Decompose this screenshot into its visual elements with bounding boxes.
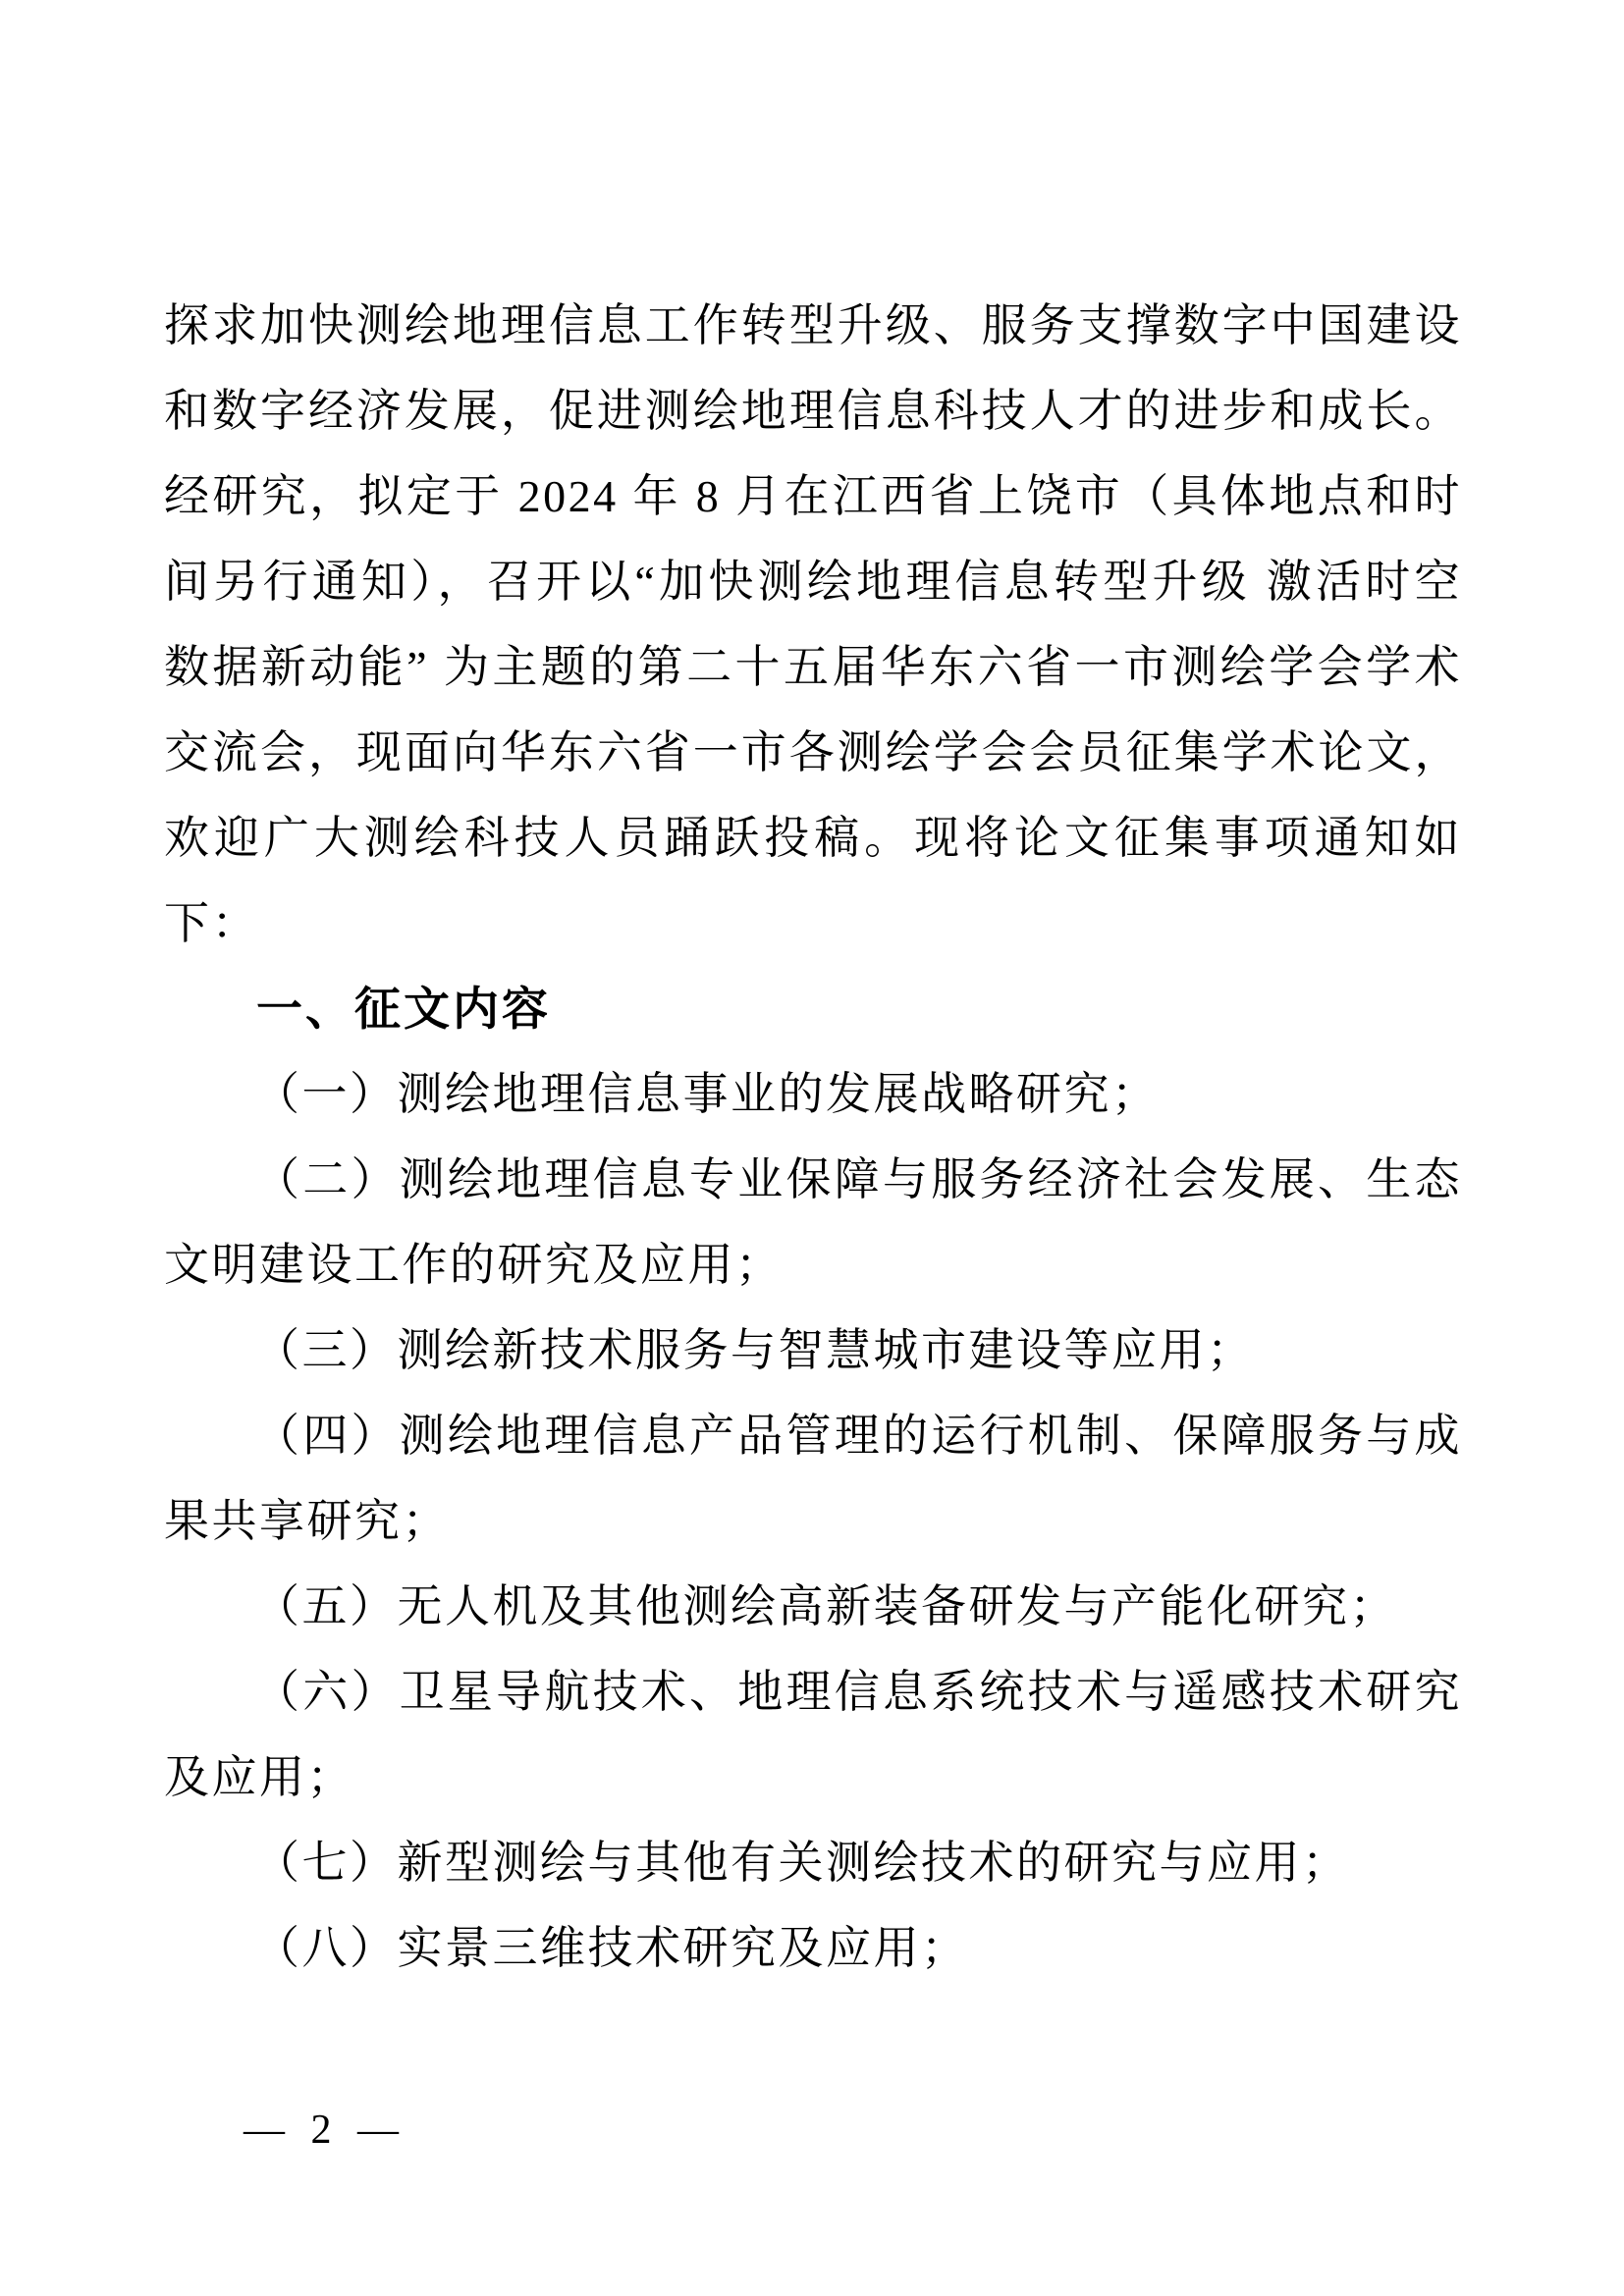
page: 探求加快测绘地理信息工作转型升级、服务支撑数字中国建设和数字经济发展，促进测绘地… <box>0 0 1624 2296</box>
section-heading: 一、征文内容 <box>164 966 1462 1051</box>
list-item: （二）测绘地理信息专业保障与服务经济社会发展、生态文明建设工作的研究及应用； <box>164 1137 1462 1308</box>
list-item: （八）实景三维技术研究及应用； <box>164 1905 1462 1991</box>
list-item: （一）测绘地理信息事业的发展战略研究； <box>164 1051 1462 1137</box>
list-item: （五）无人机及其他测绘高新装备研发与产能化研究； <box>164 1564 1462 1649</box>
page-number: — 2 — <box>244 2101 406 2160</box>
document-body: 探求加快测绘地理信息工作转型升级、服务支撑数字中国建设和数字经济发展，促进测绘地… <box>164 283 1462 1991</box>
document-page: { "document": { "intro_paragraph": "探求加快… <box>0 0 1624 2296</box>
list-item: （三）测绘新技术服务与智慧城市建设等应用； <box>164 1308 1462 1393</box>
list-item: （七）新型测绘与其他有关测绘技术的研究与应用； <box>164 1820 1462 1905</box>
list-item: （四）测绘地理信息产品管理的运行机制、保障服务与成果共享研究； <box>164 1393 1462 1564</box>
intro-paragraph: 探求加快测绘地理信息工作转型升级、服务支撑数字中国建设和数字经济发展，促进测绘地… <box>164 283 1462 966</box>
list-item: （六）卫星导航技术、地理信息系统技术与遥感技术研究及应用； <box>164 1649 1462 1820</box>
